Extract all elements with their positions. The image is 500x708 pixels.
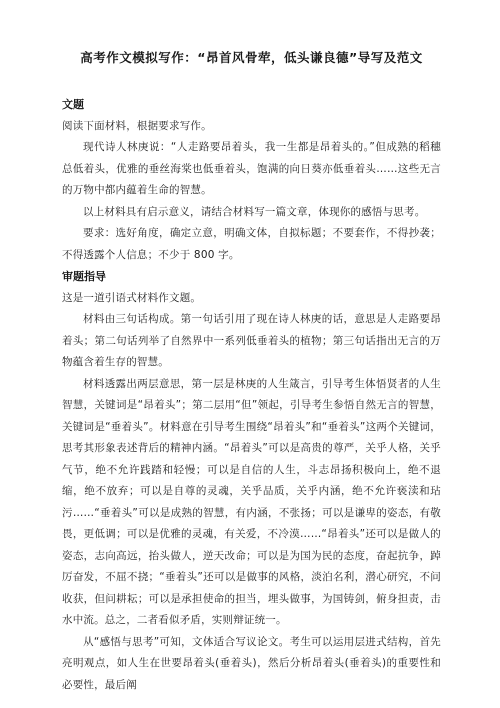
document-page: 高考作文模拟写作：“昂首风骨荦，低头谦良德”导写及范文 文题 阅读下面材料，根据… (0, 0, 500, 708)
section-heading-wenti: 文题 (62, 94, 441, 116)
page-title: 高考作文模拟写作：“昂首风骨荦，低头谦良德”导写及范文 (62, 49, 441, 67)
paragraph-reading-instruction: 阅读下面材料，根据要求写作。 (62, 116, 441, 138)
section-heading-shenti-zhidao: 审题指导 (62, 266, 441, 288)
paragraph-prompt-type: 这是一道引语式材料作文题。 (62, 288, 441, 310)
paragraph-writing-advice: 从“感悟与思考”可知，文体适合写议论文。考生可以运用层进式结构，首先亮明观点，如… (62, 632, 441, 697)
paragraph-task-statement: 以上材料具有启示意义，请结合材料写一篇文章，体现你的感悟与思考。 (62, 202, 441, 224)
paragraph-material-quote: 现代诗人林庚说：“人走路要昂着头，我一生都是昂着头的。”但成熟的稻穗总低着头，优… (62, 137, 441, 202)
paragraph-requirements: 要求：选好角度，确定立意，明确文体，自拟标题；不要套作，不得抄袭；不得透露个人信… (62, 223, 441, 266)
paragraph-material-structure: 材料由三句话构成。第一句话引用了现在诗人林庚的话，意思是人走路要昂着头；第二句话… (62, 309, 441, 374)
paragraph-analysis: 材料透露出两层意思，第一层是林庚的人生箴言，引导考生体悟贤者的人生智慧，关键词是… (62, 374, 441, 632)
